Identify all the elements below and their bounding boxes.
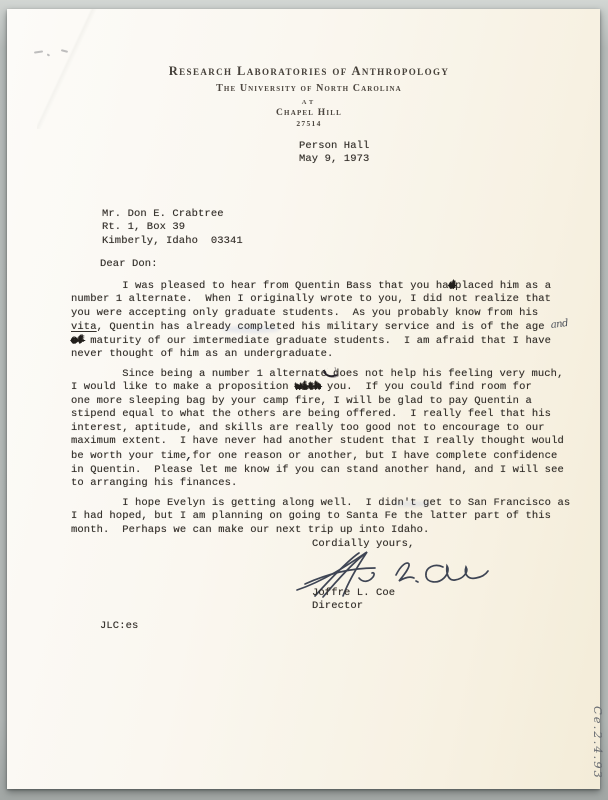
typed-text: be worth your time (71, 450, 186, 462)
letterhead-line-1: Research Laboratories of Anthropology (7, 64, 608, 79)
underlined-text: vita (71, 321, 97, 333)
typist-initials: JLC:es (100, 620, 138, 633)
typed-line: never thought of him as an undergraduate… (71, 348, 576, 361)
date-block: Person HallMay 9, 1973 (299, 140, 369, 167)
typed-line: of maturity of our imtermediate graduate… (71, 335, 576, 348)
hall-name: Person Hall (299, 140, 369, 153)
typed-line: one more sleeping bag by your camp fire,… (71, 395, 576, 408)
ink-bleed-mark (393, 501, 431, 507)
recipient-city: Kimberly, Idaho 03341 (102, 235, 243, 248)
typed-text: placed him as a (455, 280, 551, 292)
margin-annotation: Ce.2.4.93 (591, 706, 605, 780)
signature-typed-name: Joffre L. Coe (312, 587, 395, 600)
typed-text: maturity of our imtermediate graduate st… (84, 335, 551, 347)
typed-text: for one reason or another, but I have co… (193, 450, 558, 462)
typed-line: vita, Quentin has already completed his … (71, 320, 576, 334)
recipient-name: Mr. Don E. Crabtree (102, 208, 243, 221)
typed-line: Since being a number 1 alternatedoes not… (71, 368, 576, 381)
typed-line: maximum extent. I have never had another… (71, 435, 576, 448)
typed-line: I had hoped, but I am planning on going … (71, 510, 576, 523)
pencil-marks (34, 48, 80, 58)
signature-title: Director (312, 600, 363, 613)
recipient-street: Rt. 1, Box 39 (102, 221, 243, 234)
typed-text: interest, aptitude, and skills are reall… (71, 422, 545, 434)
letterhead-line-2: The University of North Carolina (7, 83, 608, 94)
recipient-address: Mr. Don E. CrabtreeRt. 1, Box 39Kimberly… (102, 208, 243, 248)
handwritten-comma: , (185, 449, 194, 463)
letterhead-line-at: AT (7, 99, 608, 106)
typed-text: I hope Evelyn is getting along well. I d… (71, 497, 570, 509)
typed-text: I was pleased to hear from Quentin Bass … (71, 280, 449, 292)
typed-text: month. Perhaps we can make our next trip… (71, 524, 429, 536)
typed-line: to arranging his finances. (71, 477, 576, 490)
overstruck-text: with (295, 381, 321, 393)
typed-line: interest, aptitude, and skills are reall… (71, 422, 576, 435)
paragraph: Since being a number 1 alternatedoes not… (71, 368, 576, 491)
typed-text: stipend equal to what the others are bei… (71, 408, 551, 420)
typed-text: to arranging his finances. (71, 477, 237, 489)
typed-text: you were accepting only graduate student… (71, 307, 538, 319)
typed-text: number 1 alternate. When I originally wr… (71, 293, 551, 305)
ink-bleed-mark (222, 326, 280, 333)
typed-text: one more sleeping bag by your camp fire,… (71, 395, 532, 407)
typed-text: I would like to make a proposition (71, 381, 295, 393)
typed-text: maximum extent. I have never had another… (71, 435, 564, 447)
paragraph: I hope Evelyn is getting along well. I d… (71, 497, 576, 537)
salutation: Dear Don: (100, 258, 158, 271)
typed-text: you. If you could find room for (321, 381, 532, 393)
typed-text: does not help his feeling very much, (333, 368, 563, 380)
typed-line: I would like to make a proposition with … (71, 381, 576, 394)
letter-page: Research Laboratories of Anthropology Th… (7, 9, 600, 789)
typed-line: number 1 alternate. When I originally wr… (71, 293, 576, 306)
typed-text: I had hoped, but I am planning on going … (71, 510, 551, 522)
handwritten-word: and (550, 317, 569, 332)
letter-date: May 9, 1973 (299, 153, 369, 166)
typed-text: Since being a number 1 alternate (71, 368, 327, 380)
typed-text: never thought of him as an undergraduate… (71, 348, 333, 360)
typed-line: be worth your time,for one reason or ano… (71, 448, 576, 463)
letter-body: I was pleased to hear from Quentin Bass … (71, 280, 576, 543)
letterhead-line-city: Chapel Hill (7, 108, 608, 118)
typed-line: I was pleased to hear from Quentin Bass … (71, 280, 576, 293)
overstruck-text: of (71, 335, 84, 347)
typed-line: month. Perhaps we can make our next trip… (71, 524, 576, 537)
typed-line: stipend equal to what the others are bei… (71, 408, 576, 421)
scan-background: Research Laboratories of Anthropology Th… (0, 0, 608, 800)
typed-text: , Quentin has already completed his mili… (97, 321, 551, 333)
typed-line: I hope Evelyn is getting along well. I d… (71, 497, 576, 510)
typed-line: in Quentin. Please let me know if you ca… (71, 464, 576, 477)
typed-text: in Quentin. Please let me know if you ca… (71, 464, 564, 476)
paragraph: I was pleased to hear from Quentin Bass … (71, 280, 576, 362)
letterhead-zip: 27514 (7, 119, 608, 128)
typed-line: you were accepting only graduate student… (71, 307, 576, 320)
